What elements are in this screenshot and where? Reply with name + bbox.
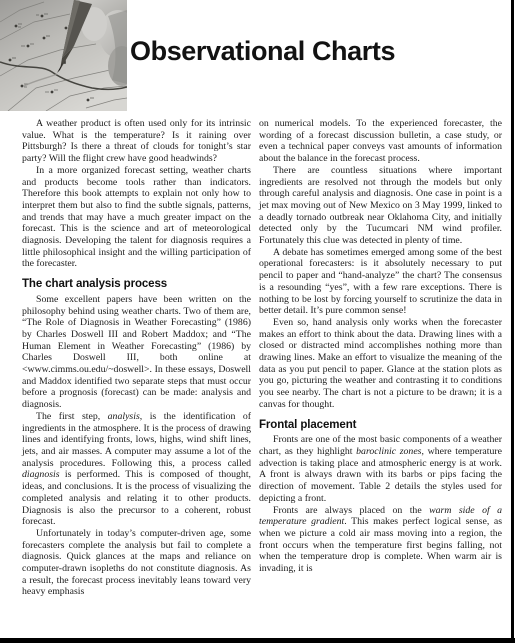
book-page: Observational Charts A weather product i… (0, 0, 515, 643)
left-column: A weather product is often used only for… (22, 118, 251, 598)
weather-map-pencil-photo (0, 0, 127, 111)
bottom-border-rule (0, 638, 515, 643)
paragraph: Fronts are always placed on the warm sid… (259, 505, 502, 575)
paragraph: Some excellent papers have been written … (22, 294, 251, 411)
paragraph: Even so, hand analysis only works when t… (259, 317, 502, 411)
paragraph: A weather product is often used only for… (22, 118, 251, 165)
page-title: Observational Charts (130, 36, 395, 67)
paragraph: Fronts are one of the most basic compone… (259, 434, 502, 504)
right-border-rule (511, 0, 514, 643)
paragraph: In a more organized forecast setting, we… (22, 165, 251, 270)
paragraph: The first step, analysis, is the identif… (22, 411, 251, 528)
paragraph: on numerical models. To the experienced … (259, 118, 502, 165)
right-column: on numerical models. To the experienced … (259, 118, 502, 575)
section-heading: Frontal placement (259, 420, 502, 432)
paragraph: Unfortunately in today’s computer-driven… (22, 528, 251, 598)
paragraph: There are countless situations where imp… (259, 165, 502, 247)
section-heading: The chart analysis process (22, 279, 251, 291)
paragraph: A debate has sometimes emerged among som… (259, 247, 502, 317)
